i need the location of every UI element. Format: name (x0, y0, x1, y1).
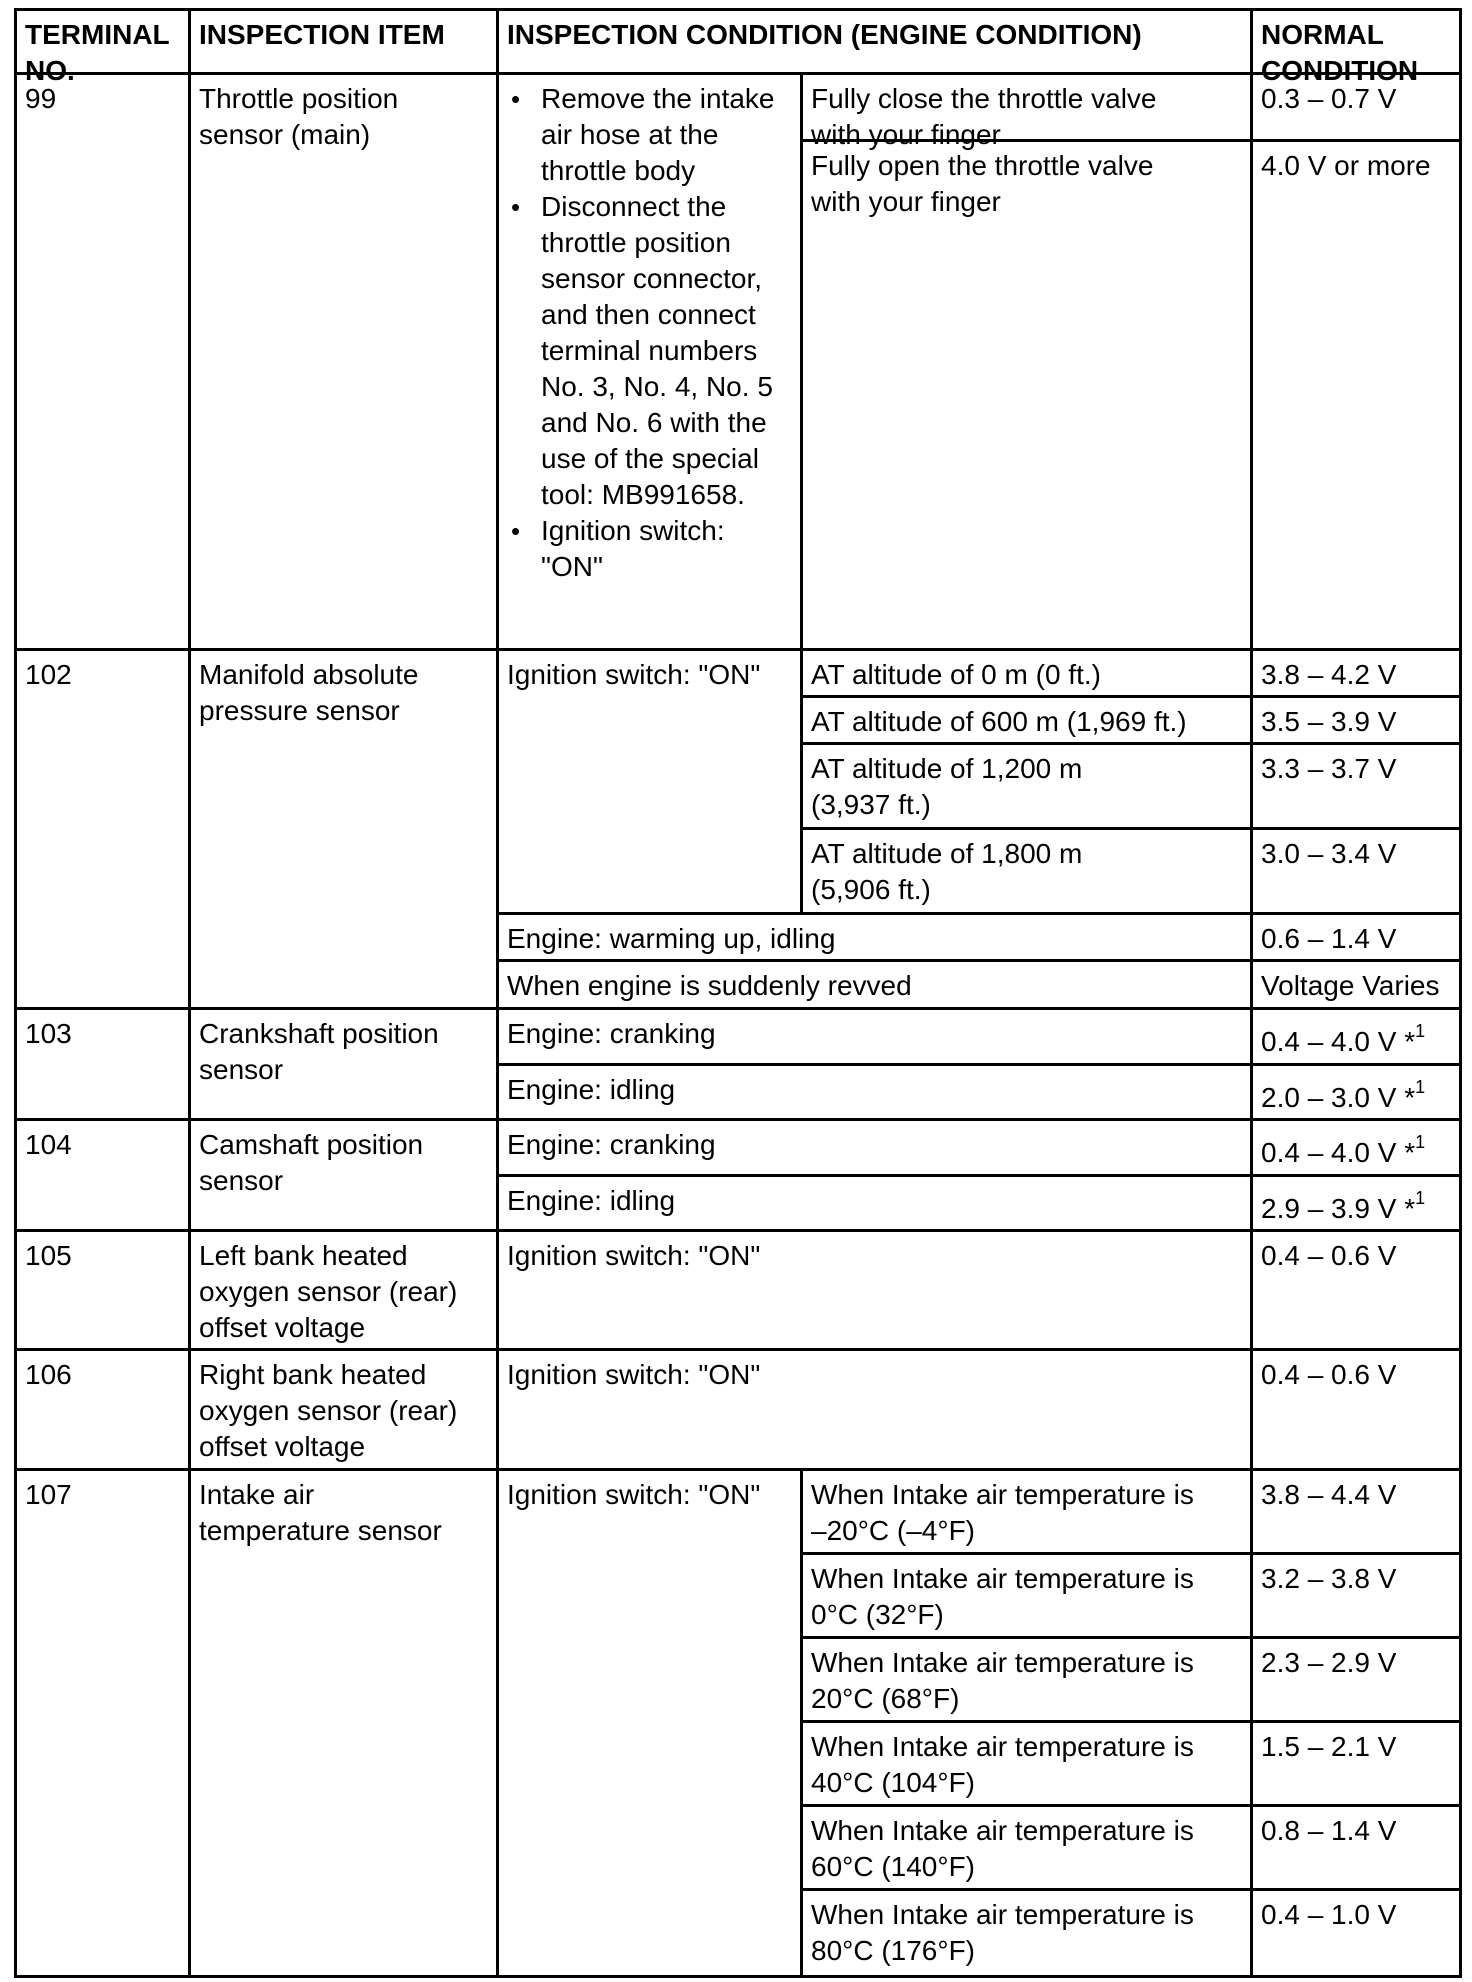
header-inspection-condition: INSPECTION CONDITION (ENGINE CONDITION) (499, 11, 1253, 75)
sub-condition: Engine: idling (499, 1066, 1253, 1121)
item-map-sensor: Manifold absolute pressure sensor (191, 651, 499, 1010)
terminal-106: 106 (17, 1351, 191, 1471)
item-right-o2-sensor: Right bank heated oxygen sensor (rear) o… (191, 1351, 499, 1471)
normal-value: 2.9 – 3.9 V *1 (1253, 1177, 1462, 1232)
normal-value: 3.0 – 3.4 V (1253, 830, 1462, 915)
normal-value: 3.8 – 4.2 V (1253, 651, 1462, 698)
item-camshaft-sensor: Camshaft position sensor (191, 1121, 499, 1232)
item-intake-air-temp-sensor: Intake air temperature sensor (191, 1471, 499, 1975)
terminal-103: 103 (17, 1010, 191, 1121)
footnote-ref: 1 (1415, 1077, 1425, 1097)
normal-value: 0.3 – 0.7 V (1253, 75, 1462, 142)
normal-value: 0.4 – 4.0 V *1 (1253, 1010, 1462, 1066)
normal-value: 1.5 – 2.1 V (1253, 1723, 1462, 1807)
header-terminal-no: TERMINAL NO. (17, 11, 191, 75)
sub-condition: AT altitude of 600 m (1,969 ft.) (803, 698, 1253, 745)
normal-value: 2.3 – 2.9 V (1253, 1639, 1462, 1723)
sub-condition: When Intake air temperature is 20°C (68°… (803, 1639, 1253, 1723)
item-crankshaft-sensor: Crankshaft position sensor (191, 1010, 499, 1121)
footnote-ref: 1 (1415, 1021, 1425, 1041)
terminal-102: 102 (17, 651, 191, 1010)
normal-value: 0.4 – 0.6 V (1253, 1232, 1462, 1351)
normal-value-text: 2.9 – 3.9 V * (1261, 1193, 1415, 1224)
normal-value: 4.0 V or more (1253, 142, 1462, 651)
sub-condition: When Intake air temperature is 80°C (176… (803, 1891, 1253, 1975)
sub-condition: Engine: cranking (499, 1121, 1253, 1177)
condition-step: Disconnect the throttle position sensor … (541, 189, 792, 513)
sub-condition: Engine: cranking (499, 1010, 1253, 1066)
sub-condition: AT altitude of 0 m (0 ft.) (803, 651, 1253, 698)
terminal-107: 107 (17, 1471, 191, 1975)
sub-condition: When Intake air temperature is 40°C (104… (803, 1723, 1253, 1807)
terminal-99: 99 (17, 75, 191, 651)
normal-value: 3.2 – 3.8 V (1253, 1555, 1462, 1639)
sub-condition: Engine: idling (499, 1177, 1253, 1232)
condition-105: Ignition switch: "ON" (499, 1232, 1253, 1351)
sub-condition: When Intake air temperature is 0°C (32°F… (803, 1555, 1253, 1639)
sub-condition: When Intake air temperature is –20°C (–4… (803, 1471, 1253, 1555)
header-normal-condition: NORMAL CONDITION (1253, 11, 1462, 75)
normal-value: 0.8 – 1.4 V (1253, 1807, 1462, 1891)
item-throttle-position-sensor: Throttle position sensor (main) (191, 75, 499, 651)
normal-value-text: 0.4 – 4.0 V * (1261, 1137, 1415, 1168)
normal-value: 3.8 – 4.4 V (1253, 1471, 1462, 1555)
footnote-ref: 1 (1415, 1132, 1425, 1152)
normal-value: 0.6 – 1.4 V (1253, 915, 1462, 962)
normal-value: Voltage Varies (1253, 962, 1462, 1010)
sub-condition: AT altitude of 1,800 m (5,906 ft.) (803, 830, 1253, 915)
normal-value: 0.4 – 4.0 V *1 (1253, 1121, 1462, 1177)
header-inspection-item: INSPECTION ITEM (191, 11, 499, 75)
footnote-ref: 1 (1415, 1188, 1425, 1208)
sub-condition: When Intake air temperature is 60°C (140… (803, 1807, 1253, 1891)
terminal-104: 104 (17, 1121, 191, 1232)
normal-value: 3.3 – 3.7 V (1253, 745, 1462, 830)
extra-condition: When engine is suddenly revved (499, 962, 1253, 1010)
sub-condition: AT altitude of 1,200 m (3,937 ft.) (803, 745, 1253, 830)
condition-step-list: Remove the intake air hose at the thrott… (507, 81, 792, 585)
item-left-o2-sensor: Left bank heated oxygen sensor (rear) of… (191, 1232, 499, 1351)
normal-value-text: 0.4 – 4.0 V * (1261, 1026, 1415, 1057)
condition-106: Ignition switch: "ON" (499, 1351, 1253, 1471)
condition-102: Ignition switch: "ON" (499, 651, 803, 915)
sub-condition: Fully open the throttle valve with your … (803, 142, 1253, 651)
normal-value: 3.5 – 3.9 V (1253, 698, 1462, 745)
condition-step: Ignition switch: "ON" (541, 513, 792, 585)
normal-value-text: 2.0 – 3.0 V * (1261, 1082, 1415, 1113)
extra-condition: Engine: warming up, idling (499, 915, 1253, 962)
sub-condition: Fully close the throttle valve with your… (803, 75, 1253, 142)
condition-step: Remove the intake air hose at the thrott… (541, 81, 792, 189)
normal-value: 0.4 – 0.6 V (1253, 1351, 1462, 1471)
normal-value: 0.4 – 1.0 V (1253, 1891, 1462, 1975)
condition-steps-99: Remove the intake air hose at the thrott… (499, 75, 803, 651)
terminal-105: 105 (17, 1232, 191, 1351)
inspection-table: TERMINAL NO. INSPECTION ITEM INSPECTION … (14, 8, 1462, 1978)
condition-107: Ignition switch: "ON" (499, 1471, 803, 1975)
normal-value: 2.0 – 3.0 V *1 (1253, 1066, 1462, 1121)
